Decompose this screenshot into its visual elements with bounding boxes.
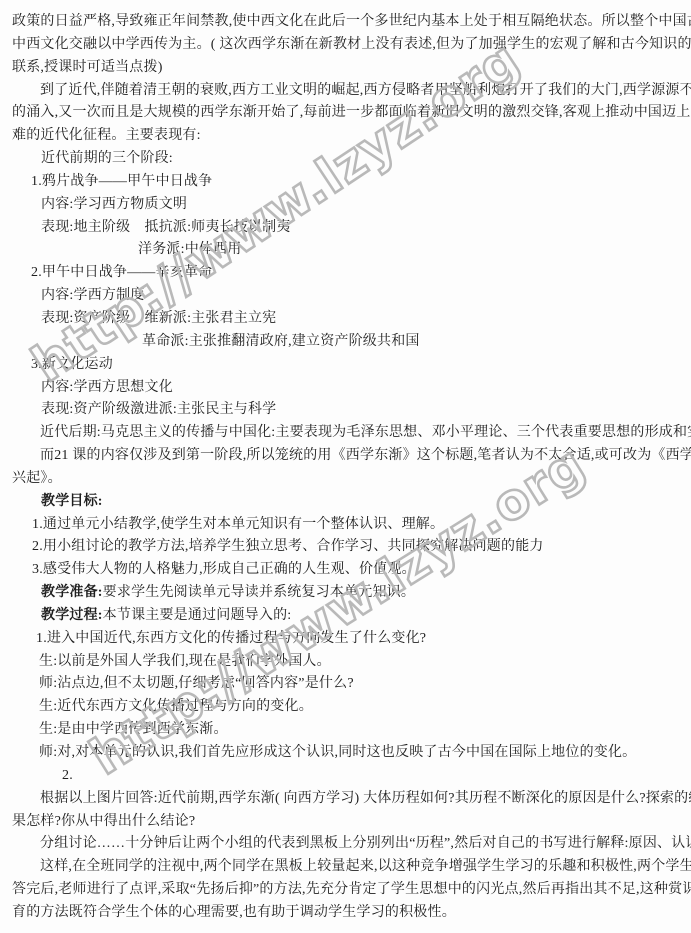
text-line: 2. [0, 765, 691, 788]
text-line: 中西文化交融以中学西传为主。( 这次西学东渐在新教材上没有表述,但为了加强学生的… [0, 34, 691, 57]
body-text: 到了近代,伴随着清王朝的衰败,西方工业文明的崛起,西方侵略者用坚船利炮打开了我们… [40, 83, 691, 98]
body-text: 而21 课的内容仅涉及到第一阶段,所以笼统的用《西学东渐》这个标题,笔者认为不太… [40, 448, 691, 463]
body-text: 兴起》。 [12, 471, 62, 486]
text-line: 表现:资产阶级 维新派:主张君主立宪 [0, 308, 691, 331]
text-line: 分组讨论……十分钟后让两个小组的代表到黑板上分别列出“历程”,然后对自己的书写进… [0, 833, 691, 856]
body-text: 内容:学习西方物质文明 [41, 197, 187, 212]
text-line: 内容:学西方思想文化 [0, 377, 691, 400]
body-text: 2.用小组讨论的教学方法,培养学生独立思考、合作学习、共同探究解决问题的能力 [32, 539, 544, 554]
text-line: 这样,在全班同学的注视中,两个同学在黑板上较量起来,以这种竞争增强学生学习的乐趣… [0, 856, 691, 879]
body-text: 表现:地主阶级 抵抗派:师夷长技以制夷 [41, 220, 291, 235]
body-text: 洋务派:中体西用 [138, 242, 242, 257]
text-line: 师:沾点边,但不太切题,仔细考虑“回答内容”是什么? [0, 673, 691, 696]
text-line: 联系,授课时可适当点拨) [0, 57, 691, 80]
text-line: 内容:学西方制度 [0, 285, 691, 308]
text-line: 革命派:主张推翻清政府,建立资产阶级共和国 [0, 331, 691, 354]
body-text: 师:对,对本单元的认识,我们首先应形成这个认识,同时这也反映了古今中国在国际上地… [39, 745, 636, 760]
body-text: 生:近代东西方文化传播过程与方向的变化。 [39, 699, 313, 714]
text-line: 1.鸦片战争——甲午中日战争 [0, 171, 691, 194]
body-text: 联系,授课时可适当点拨) [12, 60, 163, 75]
body-text: 内容:学西方制度 [41, 288, 145, 303]
text-line: 根据以上图片回答:近代前期,西学东渐( 向西方学习) 大体历程如何?其历程不断深… [0, 788, 691, 811]
text-line: 2.用小组讨论的教学方法,培养学生独立思考、合作学习、共同探究解决问题的能力 [0, 536, 691, 559]
body-text: 2. [62, 768, 73, 783]
heading-text: 教学目标: [41, 494, 103, 509]
body-text: 3.感受伟大人物的人格魅力,形成自己正确的人生观、价值观。 [32, 562, 416, 577]
text-line: 3.新文化运动 [0, 354, 691, 377]
text-line: 兴起》。 [0, 468, 691, 491]
body-text: 的涌入,又一次而且是大规模的西学东渐开始了,每前进一步都面临着新旧文明的激烈交锋… [12, 105, 691, 120]
text-line: 2.甲午中日战争——辛亥革命 [0, 262, 691, 285]
text-line: 难的近代化征程。主要表现有: [0, 125, 691, 148]
body-text: 中西文化交融以中学西传为主。( 这次西学东渐在新教材上没有表述,但为了加强学生的… [12, 37, 691, 52]
body-text: 1.鸦片战争——甲午中日战争 [31, 174, 212, 189]
text-line: 内容:学习西方物质文明 [0, 194, 691, 217]
text-line: 近代后期:马克思主义的传播与中国化:主要表现为毛泽东思想、邓小平理论、三个代表重… [0, 422, 691, 445]
document-body: 政策的日益严格,导致雍正年间禁教,使中西文化在此后一个多世纪内基本上处于相互隔绝… [0, 0, 691, 925]
text-line: 表现:资产阶级激进派:主张民主与科学 [0, 399, 691, 422]
body-text: 1.通过单元小结教学,使学生对本单元知识有一个整体认识、理解。 [32, 517, 444, 532]
text-line: 3.感受伟大人物的人格魅力,形成自己正确的人生观、价值观。 [0, 559, 691, 582]
text-line: 1.通过单元小结教学,使学生对本单元知识有一个整体认识、理解。 [0, 514, 691, 537]
scanned-document-page: http://www.lzyz.org http://www.lzyz.org … [0, 0, 691, 933]
body-text: 2.甲午中日战争——辛亥革命 [31, 265, 212, 280]
text-line: 果怎样?你从中得出什么结论? [0, 811, 691, 834]
body-text: 本节课主要是通过问题导入的: [103, 608, 292, 623]
body-text: 根据以上图片回答:近代前期,西学东渐( 向西方学习) 大体历程如何?其历程不断深… [40, 791, 691, 806]
text-line: 洋务派:中体西用 [0, 239, 691, 262]
body-text: 育的方法既符合学生个体的心理需要,也有助于调动学生学习的积极性。 [12, 905, 456, 920]
text-line: 教学目标: [0, 491, 691, 514]
body-text: 3.新文化运动 [31, 357, 113, 372]
text-line: 生:近代东西方文化传播过程与方向的变化。 [0, 696, 691, 719]
body-text: 表现:资产阶级激进派:主张民主与科学 [41, 402, 276, 417]
body-text: 近代前期的三个阶段: [41, 151, 173, 166]
text-line: 近代前期的三个阶段: [0, 148, 691, 171]
body-text: 生:是由中学西传到西学东渐。 [39, 722, 228, 737]
heading-text: 教学过程: [41, 608, 103, 623]
text-line: 到了近代,伴随着清王朝的衰败,西方工业文明的崛起,西方侵略者用坚船利炮打开了我们… [0, 80, 691, 103]
text-line: 教学准备:要求学生先阅读单元导读并系统复习本单元知识。 [0, 582, 691, 605]
body-text: 政策的日益严格,导致雍正年间禁教,使中西文化在此后一个多世纪内基本上处于相互隔绝… [12, 14, 691, 29]
body-text: 表现:资产阶级 维新派:主张君主立宪 [41, 311, 276, 326]
text-line: 师:对,对本单元的认识,我们首先应形成这个认识,同时这也反映了古今中国在国际上地… [0, 742, 691, 765]
heading-text: 教学准备: [41, 585, 103, 600]
text-line: 生:是由中学西传到西学东渐。 [0, 719, 691, 742]
body-text: 难的近代化征程。主要表现有: [12, 128, 201, 143]
body-text: 生:以前是外国人学我们,现在是我们学外国人。 [39, 654, 331, 669]
text-line: 生:以前是外国人学我们,现在是我们学外国人。 [0, 651, 691, 674]
body-text: 近代后期:马克思主义的传播与中国化:主要表现为毛泽东思想、邓小平理论、三个代表重… [40, 425, 691, 440]
body-text: 这样,在全班同学的注视中,两个同学在黑板上较量起来,以这种竞争增强学生学习的乐趣… [40, 859, 691, 874]
body-text: 答完后,老师进行了点评,采取“先扬后抑”的方法,先充分肯定了学生思想中的闪光点,… [12, 882, 691, 897]
text-line: 教学过程:本节课主要是通过问题导入的: [0, 605, 691, 628]
body-text: 师:沾点边,但不太切题,仔细考虑“回答内容”是什么? [39, 676, 354, 691]
body-text: 1.进入中国近代,东西方文化的传播过程与方向发生了什么变化? [36, 631, 426, 646]
text-line: 育的方法既符合学生个体的心理需要,也有助于调动学生学习的积极性。 [0, 902, 691, 925]
text-line: 表现:地主阶级 抵抗派:师夷长技以制夷 [0, 217, 691, 240]
text-line: 而21 课的内容仅涉及到第一阶段,所以笼统的用《西学东渐》这个标题,笔者认为不太… [0, 445, 691, 468]
body-text: 果怎样?你从中得出什么结论? [12, 814, 195, 829]
text-line: 答完后,老师进行了点评,采取“先扬后抑”的方法,先充分肯定了学生思想中的闪光点,… [0, 879, 691, 902]
body-text: 内容:学西方思想文化 [41, 380, 173, 395]
body-text: 革命派:主张推翻清政府,建立资产阶级共和国 [142, 334, 420, 349]
text-line: 1.进入中国近代,东西方文化的传播过程与方向发生了什么变化? [0, 628, 691, 651]
text-line: 的涌入,又一次而且是大规模的西学东渐开始了,每前进一步都面临着新旧文明的激烈交锋… [0, 102, 691, 125]
body-text: 要求学生先阅读单元导读并系统复习本单元知识。 [103, 585, 415, 600]
text-line: 政策的日益严格,导致雍正年间禁教,使中西文化在此后一个多世纪内基本上处于相互隔绝… [0, 11, 691, 34]
body-text: 分组讨论……十分钟后让两个小组的代表到黑板上分别列出“历程”,然后对自己的书写进… [40, 836, 691, 851]
